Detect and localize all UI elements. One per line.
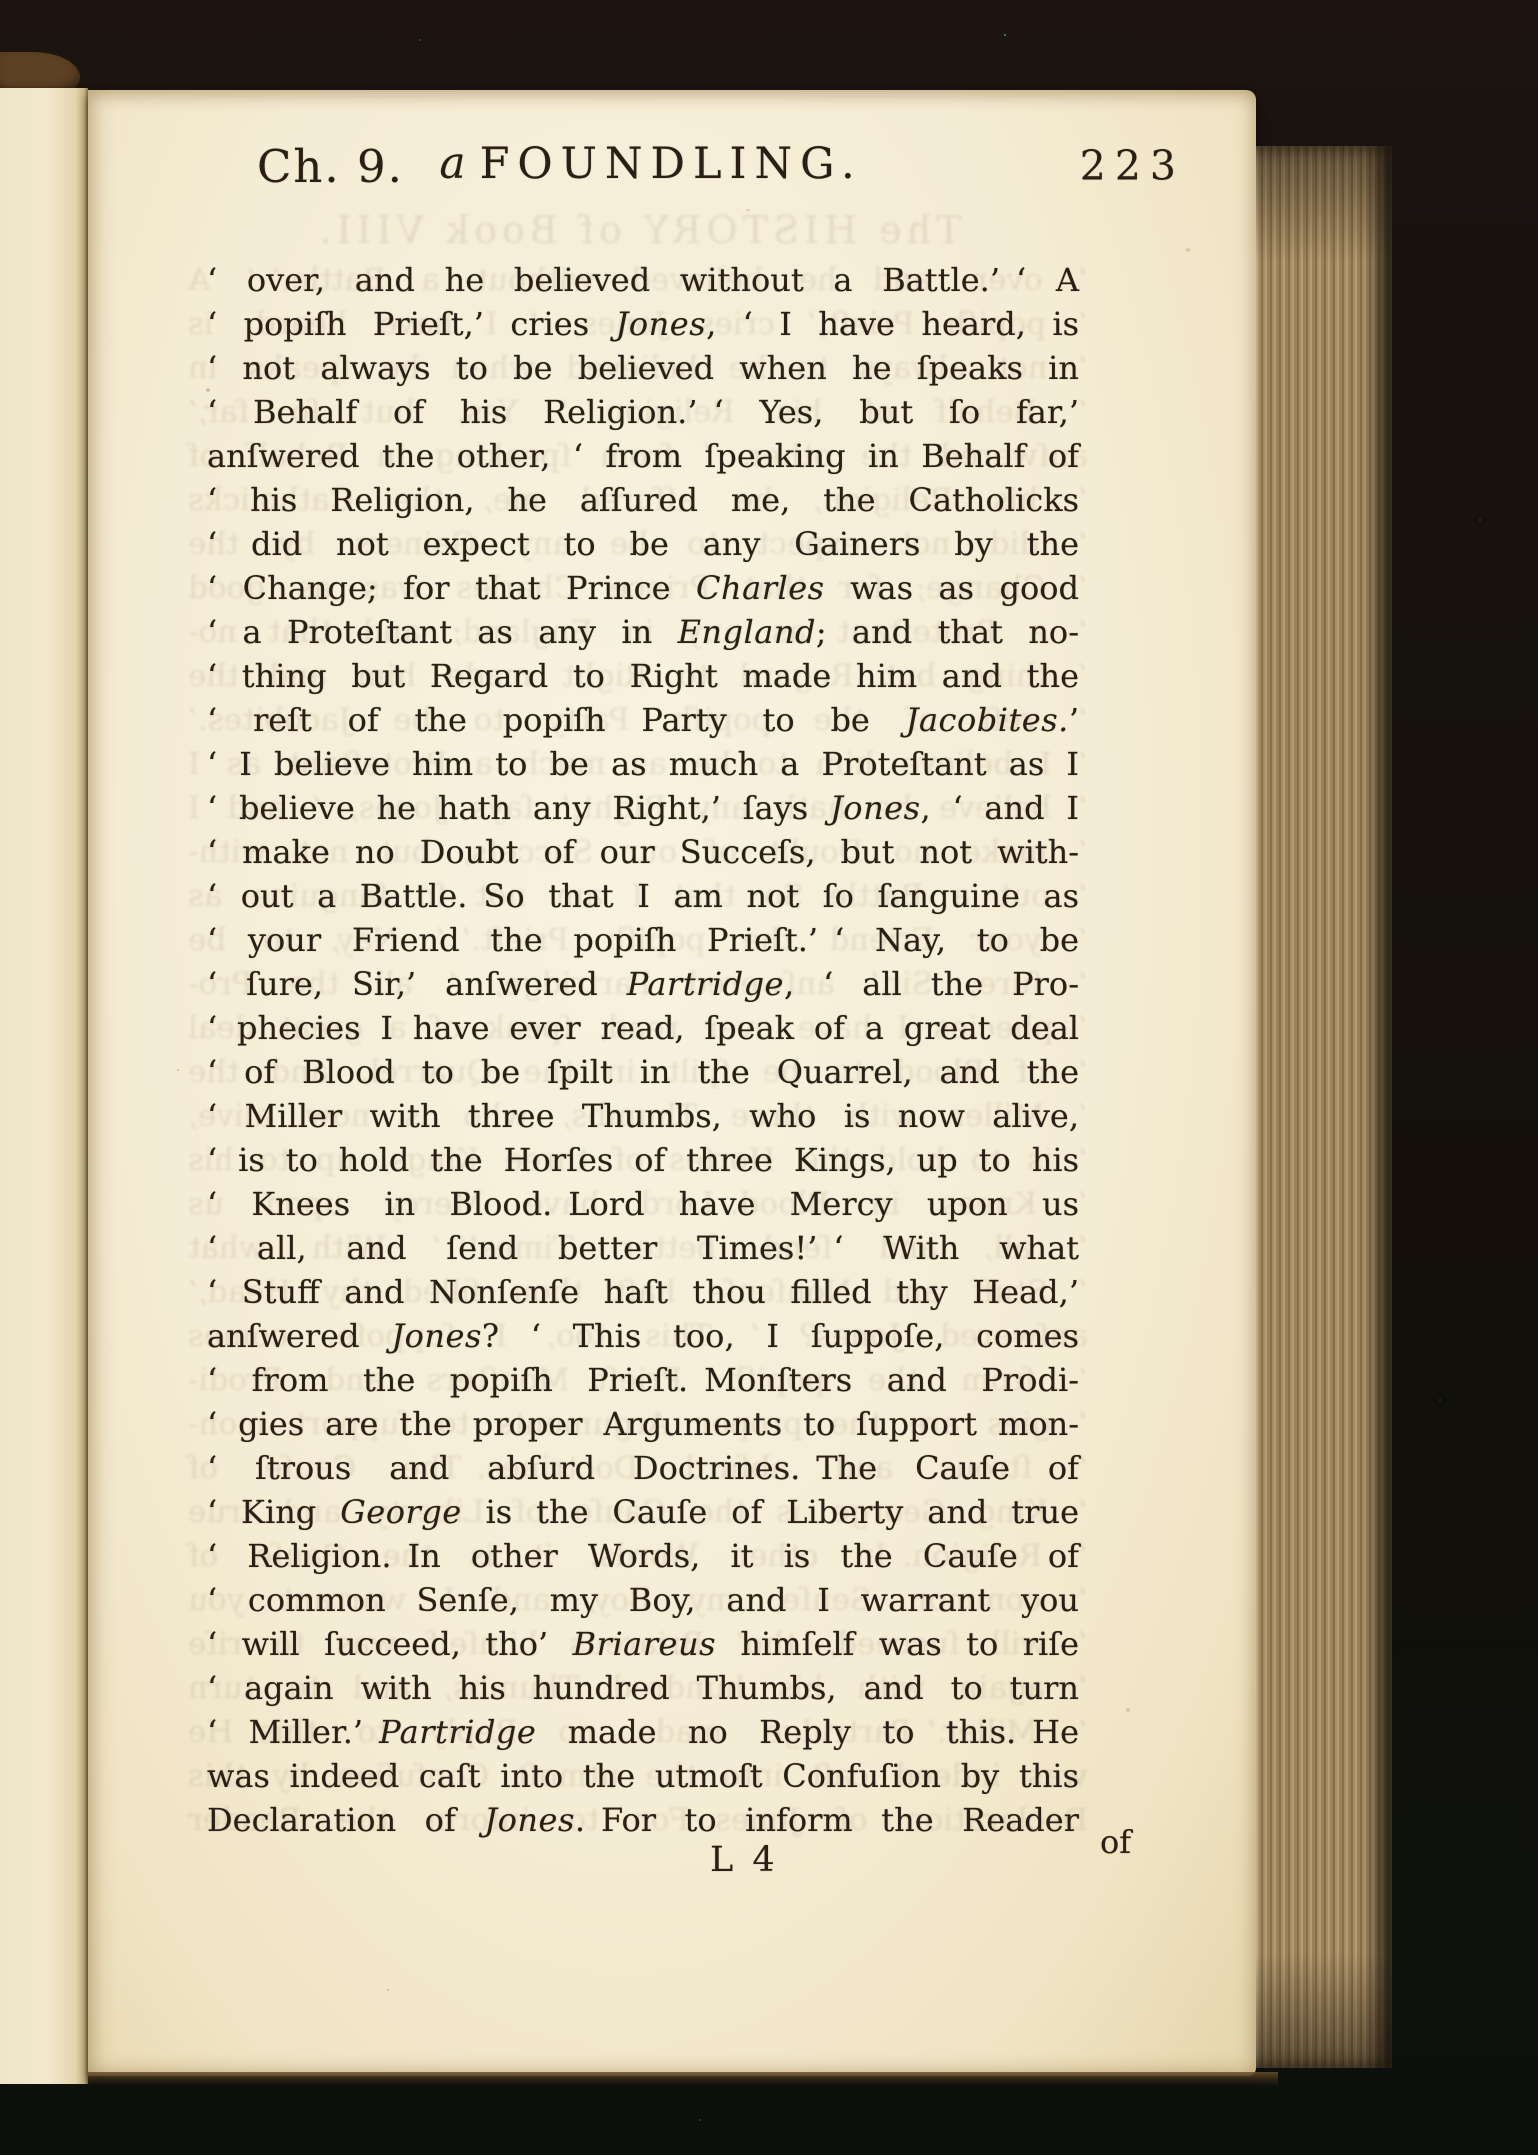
catchword: of	[1100, 1823, 1131, 1861]
text-line: ‘ Religion. In other Words, it is the Ca…	[207, 1534, 1079, 1578]
text-line: ‘ Knees in Blood. Lord have Mercy upon u…	[207, 1182, 1079, 1226]
text-line: ‘ is to hold the Horſes of three Kings, …	[207, 1138, 1079, 1182]
text-line: ‘ his Religion, he aſſured me, the Catho…	[207, 478, 1079, 522]
underlying-page-edge	[0, 88, 88, 2084]
text-line: ‘ will ſucceed, tho’ Briareus himſelf wa…	[207, 1622, 1079, 1666]
text-line: ‘ reſt of the popiſh Party to be Jacobit…	[207, 698, 1079, 742]
text-line: ‘ Change; for that Prince Charles was as…	[207, 566, 1079, 610]
text-line: ‘ common Senſe, my Boy, and I warrant yo…	[207, 1578, 1079, 1622]
text-line: anſwered Jones? ‘ This too, I ſuppoſe, c…	[207, 1314, 1079, 1358]
page-title: aFOUNDLING.	[207, 138, 1095, 189]
text-line: ‘ ſure, Sir,’ anſwered Partridge, ‘ all …	[207, 962, 1079, 1006]
text-line: ‘ your Friend the popiſh Prieſt.’ ‘ Nay,…	[207, 918, 1079, 962]
printer-signature: L 4	[710, 1840, 779, 1880]
text-line: ‘ believe he hath any Right,’ ſays Jones…	[207, 786, 1079, 830]
text-line: ‘ did not expect to be any Gainers by th…	[207, 522, 1079, 566]
text-line: ‘ not always to be believed when he ſpea…	[207, 346, 1079, 390]
text-line: ‘ thing but Regard to Right made him and…	[207, 654, 1079, 698]
text-line: ‘ a Proteſtant as any in England; and th…	[207, 610, 1079, 654]
text-line: ‘ all, and ſend better Times!’ ‘ With wh…	[207, 1226, 1079, 1270]
text-line: ‘ make no Doubt of our Succeſs, but not …	[207, 830, 1079, 874]
text-line: was indeed caſt into the utmoſt Confuſio…	[207, 1754, 1079, 1798]
title-word: FOUNDLING.	[480, 139, 863, 189]
text-line: ‘ popiſh Prieſt,’ cries Jones, ‘ I have …	[207, 302, 1079, 346]
text-line: ‘ of Blood to be ſpilt in the Quarrel, a…	[207, 1050, 1079, 1094]
page-bottom-shadow	[88, 2072, 1278, 2086]
text-line: ‘ again with his hundred Thumbs, and to …	[207, 1666, 1079, 1710]
text-line: Declaration of Jones. For to inform the …	[207, 1798, 1079, 1842]
bleedthrough-running-head: The HISTORY of Book VIII.	[188, 202, 1088, 258]
book-page: The HISTORY of Book VIII. ‘ over, and he…	[88, 90, 1256, 2076]
book-fore-edge	[1256, 146, 1392, 2068]
text-line: ‘ Miller.’ Partridge made no Reply to th…	[207, 1710, 1079, 1754]
text-line: ‘ gies are the proper Arguments to ſuppo…	[207, 1402, 1079, 1446]
text-line: ‘ over, and he believed without a Battle…	[207, 258, 1079, 302]
text-line: ‘ ſtrous and abſurd Doctrines. The Cauſe…	[207, 1446, 1079, 1490]
running-head: Ch. 9. aFOUNDLING. 223	[207, 138, 1095, 196]
text-line: ‘ Behalf of his Religion.’ ‘ Yes, but ſo…	[207, 390, 1079, 434]
body-text-block: ‘ over, and he believed without a Battle…	[207, 258, 1079, 1842]
text-line: ‘ King George is the Cauſe of Liberty an…	[207, 1490, 1079, 1534]
page-number: 223	[1080, 142, 1185, 190]
title-article: a	[439, 138, 465, 189]
text-line: ‘ Miller with three Thumbs, who is now a…	[207, 1094, 1079, 1138]
text-line: anſwered the other, ‘ from ſpeaking in B…	[207, 434, 1079, 478]
book-page-scan: The HISTORY of Book VIII. ‘ over, and he…	[0, 0, 1538, 2155]
text-line: ‘ phecies I have ever read, ſpeak of a g…	[207, 1006, 1079, 1050]
text-line: ‘ Stuff and Nonſenſe haſt thou filled th…	[207, 1270, 1079, 1314]
text-line: ‘ I believe him to be as much a Proteſta…	[207, 742, 1079, 786]
text-line: ‘ from the popiſh Prieſt. Monſters and P…	[207, 1358, 1079, 1402]
text-line: ‘ out a Battle. So that I am not ſo ſang…	[207, 874, 1079, 918]
